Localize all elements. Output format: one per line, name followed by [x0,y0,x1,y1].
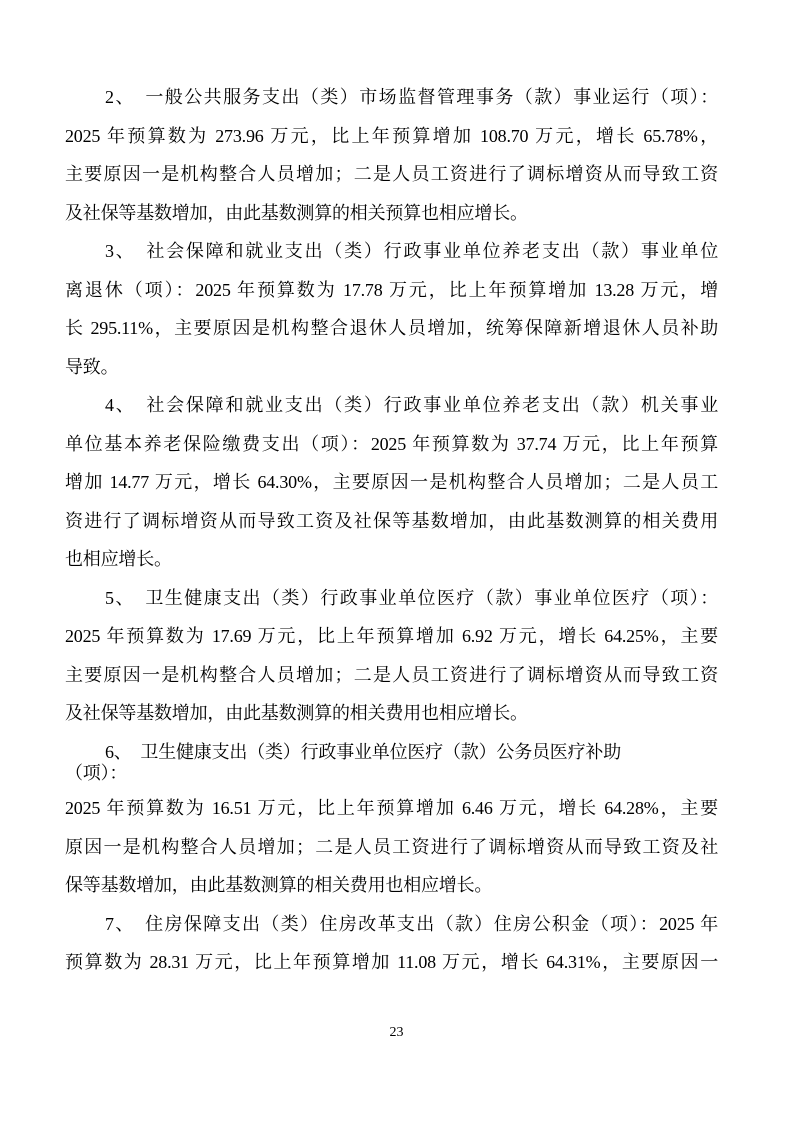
page-number: 23 [0,1024,793,1042]
paragraph-line: 离退休（项）：2025 年预算数为 17.78 万元，比上年预算增加 13.28… [65,271,718,310]
paragraph-line: 4、 社会保障和就业支出（类）行政事业单位养老支出（款）机关事业 [65,386,718,425]
paragraph-line: 7、 住房保障支出（类）住房改革支出（款）住房公积金（项）：2025 年 [65,905,718,944]
paragraph-line: 2、 一般公共服务支出（类）市场监督管理事务（款）事业运行（项）： [65,78,718,117]
document-body: 2、 一般公共服务支出（类）市场监督管理事务（款）事业运行（项）： 2025 年… [65,78,718,982]
paragraph-3: 3、 社会保障和就业支出（类）行政事业单位养老支出（款）事业单位 离退休（项）：… [65,232,718,386]
document-page: 2、 一般公共服务支出（类）市场监督管理事务（款）事业运行（项）： 2025 年… [0,0,793,1122]
paragraph-line: 也相应增长。 [65,540,718,579]
paragraph-line: 3、 社会保障和就业支出（类）行政事业单位养老支出（款）事业单位 [65,232,718,271]
paragraph-line: 导致。 [65,348,718,387]
paragraph-6: 6、 卫生健康支出（类）行政事业单位医疗（款）公务员医疗补助 （项）： 2025… [65,733,718,905]
paragraph-line: 2025 年预算数为 17.69 万元，比上年预算增加 6.92 万元，增长 6… [65,617,718,656]
paragraph-line: 2025 年预算数为 273.96 万元，比上年预算增加 108.70 万元，增… [65,117,718,156]
paragraph-line: 及社保等基数增加，由此基数测算的相关费用也相应增长。 [65,694,718,733]
paragraph-2: 2、 一般公共服务支出（类）市场监督管理事务（款）事业运行（项）： 2025 年… [65,78,718,232]
paragraph-line: 6、 卫生健康支出（类）行政事业单位医疗（款）公务员医疗补助 [65,733,718,772]
paragraph-line: 保等基数增加，由此基数测算的相关费用也相应增长。 [65,866,718,905]
paragraph-line: 5、 卫生健康支出（类）行政事业单位医疗（款）事业单位医疗（项）： [65,579,718,618]
paragraph-line: 主要原因一是机构整合人员增加；二是人员工资进行了调标增资从而导致工资 [65,155,718,194]
paragraph-line: 长 295.11%，主要原因是机构整合退休人员增加，统筹保障新增退休人员补助 [65,309,718,348]
paragraph-line: 单位基本养老保险缴费支出（项）：2025 年预算数为 37.74 万元，比上年预… [65,425,718,464]
paragraph-line: 增加 14.77 万元，增长 64.30%，主要原因一是机构整合人员增加；二是人… [65,463,718,502]
paragraph-5: 5、 卫生健康支出（类）行政事业单位医疗（款）事业单位医疗（项）： 2025 年… [65,579,718,733]
paragraph-line: 主要原因一是机构整合人员增加；二是人员工资进行了调标增资从而导致工资 [65,656,718,695]
paragraph-line: 原因一是机构整合人员增加；二是人员工资进行了调标增资从而导致工资及社 [65,828,718,867]
paragraph-line: 及社保等基数增加，由此基数测算的相关预算也相应增长。 [65,194,718,233]
paragraph-line: 资进行了调标增资从而导致工资及社保等基数增加，由此基数测算的相关费用 [65,502,718,541]
paragraph-7: 7、 住房保障支出（类）住房改革支出（款）住房公积金（项）：2025 年 预算数… [65,905,718,982]
paragraph-line: 预算数为 28.31 万元，比上年预算增加 11.08 万元，增长 64.31%… [65,943,718,982]
paragraph-4: 4、 社会保障和就业支出（类）行政事业单位养老支出（款）机关事业 单位基本养老保… [65,386,718,579]
paragraph-line: 2025 年预算数为 16.51 万元，比上年预算增加 6.46 万元，增长 6… [65,789,718,828]
